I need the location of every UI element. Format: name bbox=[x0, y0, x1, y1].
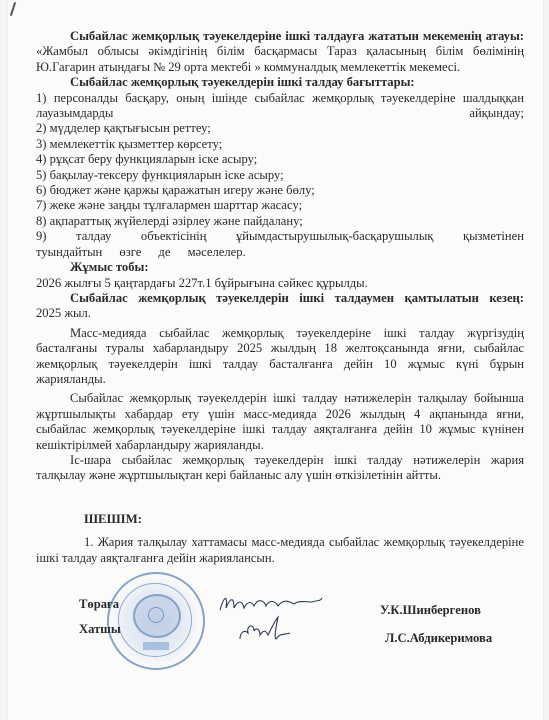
period-text: 2025 жыл. bbox=[36, 306, 524, 321]
working-group-text: 2026 жылғы 5 қаңтардағы 227т.1 бұйрығына… bbox=[36, 276, 524, 291]
directions-title: Сыбайлас жемқорлық тәуекелдерін ішкі тал… bbox=[36, 75, 524, 90]
institution-name-paragraph: Сыбайлас жемқорлық тәуекелдеріне ішкі та… bbox=[36, 29, 524, 75]
institution-name-value: «Жамбыл облысы әкімдігінің білім басқарм… bbox=[36, 44, 524, 73]
directions-list: 1) персоналды басқару, оның ішінде сыбай… bbox=[36, 91, 524, 260]
corner-mark bbox=[10, 2, 16, 16]
chair-label: Төраға bbox=[79, 597, 119, 612]
direction-item: 2) мүдделер қақтығысын реттеу; bbox=[36, 121, 524, 136]
direction-item: 1) персоналды басқару, оның ішінде сыбай… bbox=[36, 91, 524, 122]
direction-item: 9) талдау объектісінің ұйымдастырушылық-… bbox=[36, 229, 524, 260]
direction-item: 4) рұқсат беру функцияларын іске асыру; bbox=[36, 152, 524, 167]
document-page: Сыбайлас жемқорлық тәуекелдеріне ішкі та… bbox=[8, 0, 543, 720]
document-body: Сыбайлас жемқорлық тәуекелдеріне ішкі та… bbox=[36, 29, 524, 566]
institution-name-label: Сыбайлас жемқорлық тәуекелдеріне ішкі та… bbox=[70, 29, 524, 43]
event-purpose-paragraph: Іс-шара сыбайлас жемқорлық тәуекелдерін … bbox=[36, 453, 524, 484]
announcement-start-paragraph: Масс-медияда сыбайлас жемқорлық тәуекелд… bbox=[36, 326, 524, 388]
direction-item: 6) бюджет және қаржы қаражатын игеру жән… bbox=[36, 183, 524, 198]
period-title: Сыбайлас жемқорлық тәуекелдерін ішкі тал… bbox=[36, 291, 524, 306]
working-group-title: Жұмыс тобы: bbox=[36, 260, 524, 275]
secretary-name: Л.С.Абдикеримова bbox=[385, 631, 492, 646]
announcement-results-paragraph: Сыбайлас жемқорлық тәуекелдерін ішкі тал… bbox=[36, 391, 524, 453]
secretary-label: Хатшы bbox=[79, 622, 121, 637]
direction-item: 5) бақылау-тексеру функцияларын іске асы… bbox=[36, 168, 524, 183]
secretary-signature bbox=[236, 613, 296, 648]
decision-title: ШЕШІМ: bbox=[84, 512, 524, 527]
emblem-center-icon bbox=[148, 607, 164, 623]
chair-name: У.К.Шинбергенов bbox=[380, 603, 481, 618]
direction-item: 8) ақпараттық жүйелерді әзірлеу және пай… bbox=[36, 214, 524, 229]
decision-item: 1. Жария талқылау хаттамасы масс-медияда… bbox=[36, 535, 524, 566]
official-stamp bbox=[107, 572, 205, 670]
stamp-code-bar bbox=[143, 642, 169, 650]
direction-item: 7) жеке және заңды тұлғалармен шарттар ж… bbox=[36, 198, 524, 213]
direction-item: 3) мемлекеттік қызметтер көрсету; bbox=[36, 137, 524, 152]
